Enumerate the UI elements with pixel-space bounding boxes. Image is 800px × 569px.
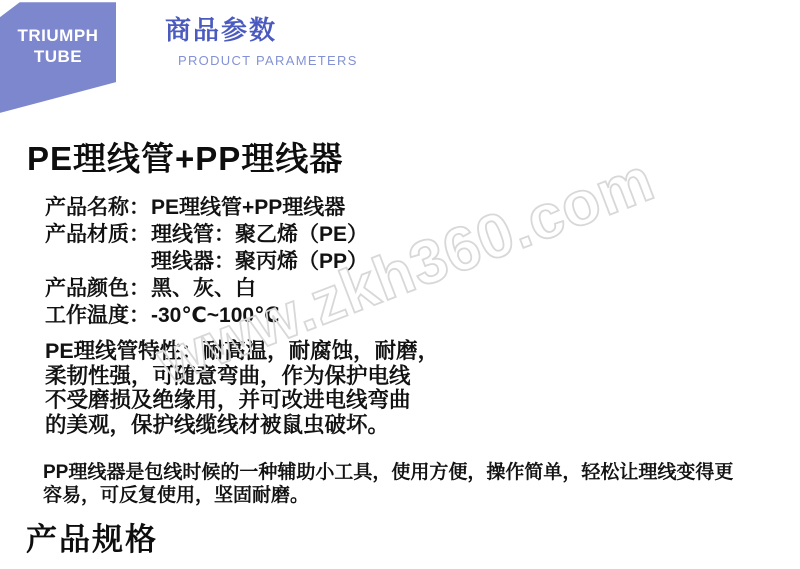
product-title: PE理线管+PP理线器 xyxy=(27,133,343,180)
spec-value: -30℃~100℃ xyxy=(151,302,280,329)
pp-feature-paragraph: PP理线器是包线时候的一种辅助小工具，使用方便，操作简单，轻松让理线变得更 容易… xyxy=(43,461,733,507)
spec-value: 理线管：聚乙烯（PE） xyxy=(151,221,368,248)
product-parameters-page: TRIUMPH TUBE 商品参数 PRODUCT PARAMETERS PE理… xyxy=(0,0,800,569)
spec-label: 产品名称： xyxy=(45,194,151,221)
spec-label: 产品颜色： xyxy=(45,275,151,302)
brand-badge-line2: TUBE xyxy=(0,46,116,67)
spec-row-color: 产品颜色： 黑、灰、白 xyxy=(45,275,368,302)
next-section-title: 产品规格 xyxy=(26,514,158,559)
brand-badge: TRIUMPH TUBE xyxy=(0,0,116,114)
spec-label: 工作温度： xyxy=(45,302,151,329)
spec-label: 产品材质： xyxy=(45,221,151,248)
pe-feature-paragraph: PE理线管特性：耐高温，耐腐蚀，耐磨， 柔韧性强，可随意弯曲，作为保护电线 不受… xyxy=(45,339,439,437)
spec-row-temperature: 工作温度： -30℃~100℃ xyxy=(45,302,368,329)
spec-value: 黑、灰、白 xyxy=(151,275,256,302)
spec-row-name: 产品名称： PE理线管+PP理线器 xyxy=(45,194,368,221)
spec-value: PE理线管+PP理线器 xyxy=(151,194,345,221)
spec-row-material-2: 理线器：聚丙烯（PP） xyxy=(45,248,368,275)
section-header: 商品参数 PRODUCT PARAMETERS xyxy=(165,10,358,68)
spec-list: 产品名称： PE理线管+PP理线器 产品材质： 理线管：聚乙烯（PE） 理线器：… xyxy=(45,194,368,329)
section-title-en: PRODUCT PARAMETERS xyxy=(178,53,358,68)
brand-badge-line1: TRIUMPH xyxy=(0,25,116,46)
section-title-cn: 商品参数 xyxy=(165,10,358,47)
spec-label xyxy=(45,248,151,275)
spec-value: 理线器：聚丙烯（PP） xyxy=(151,248,368,275)
spec-row-material: 产品材质： 理线管：聚乙烯（PE） xyxy=(45,221,368,248)
